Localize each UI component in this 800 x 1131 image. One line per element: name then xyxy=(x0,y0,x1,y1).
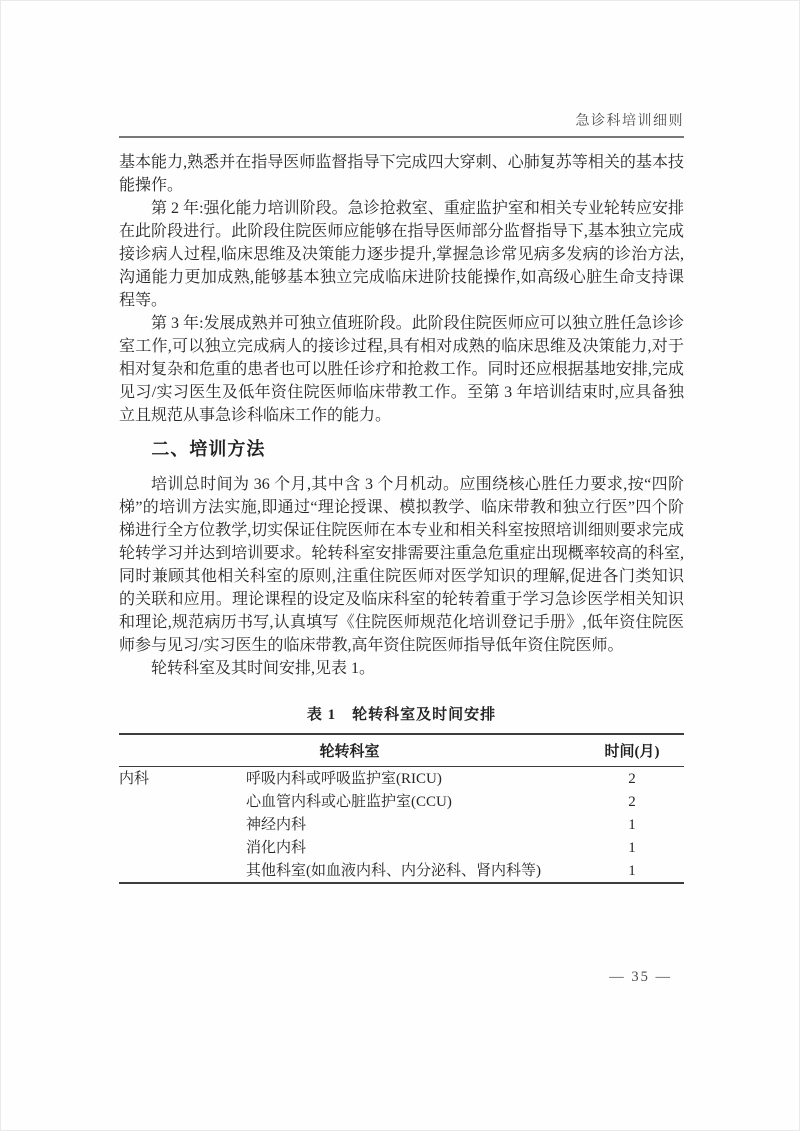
months-cell: 1 xyxy=(580,859,684,883)
dept-cell: 消化内科 xyxy=(246,836,580,859)
running-title: 急诊科培训细则 xyxy=(576,114,685,129)
dept-cell: 其他科室(如血液内科、内分泌科、肾内科等) xyxy=(246,859,580,883)
table-row: 内科 呼吸内科或呼吸监护室(RICU) 2 xyxy=(119,767,684,791)
months-cell: 2 xyxy=(580,790,684,813)
column-header-rotation-dept: 轮转科室 xyxy=(119,734,580,767)
section-heading: 二、培训方法 xyxy=(119,438,684,461)
page-number: — 35 — xyxy=(609,969,672,986)
months-cell: 1 xyxy=(580,836,684,859)
running-head: 急诊科培训细则 xyxy=(119,113,684,131)
paragraph-year3: 第 3 年:发展成熟并可独立值班阶段。此阶段住院医师应可以独立胜任急诊诊室工作,… xyxy=(119,312,684,427)
column-header-time-months: 时间(月) xyxy=(580,734,684,767)
table-body: 内科 呼吸内科或呼吸监护室(RICU) 2 心血管内科或心脏监护室(CCU) 2… xyxy=(119,767,684,884)
paragraph-table-reference: 轮转科室及其时间安排,见表 1。 xyxy=(119,657,684,680)
paragraph-year2: 第 2 年:强化能力培训阶段。急诊抢救室、重症监护室和相关专业轮转应安排在此阶段… xyxy=(119,197,684,312)
dept-cell: 呼吸内科或呼吸监护室(RICU) xyxy=(246,767,580,791)
document-page: 急诊科培训细则 基本能力,熟悉并在指导医师监督指导下完成四大穿刺、心肺复苏等相关… xyxy=(0,0,800,1131)
rotation-schedule-table: 轮转科室 时间(月) 内科 呼吸内科或呼吸监护室(RICU) 2 心血管内科或心… xyxy=(119,733,684,884)
dept-cell: 心血管内科或心脏监护室(CCU) xyxy=(246,790,580,813)
category-cell-internal-medicine: 内科 xyxy=(119,767,246,884)
table-title: 表 1 轮转科室及时间安排 xyxy=(119,703,684,724)
months-cell: 1 xyxy=(580,813,684,836)
header-rule xyxy=(119,136,684,138)
dept-cell: 神经内科 xyxy=(246,813,580,836)
page-content: 急诊科培训细则 基本能力,熟悉并在指导医师监督指导下完成四大穿刺、心肺复苏等相关… xyxy=(119,113,684,884)
table-header: 轮转科室 时间(月) xyxy=(119,734,684,767)
months-cell: 2 xyxy=(580,767,684,791)
table-header-row: 轮转科室 时间(月) xyxy=(119,734,684,767)
body-text: 基本能力,熟悉并在指导医师监督指导下完成四大穿刺、心肺复苏等相关的基本技能操作。… xyxy=(119,151,684,680)
paragraph-continuation: 基本能力,熟悉并在指导医师监督指导下完成四大穿刺、心肺复苏等相关的基本技能操作。 xyxy=(119,151,684,197)
paragraph-training-method: 培训总时间为 36 个月,其中含 3 个月机动。应围绕核心胜任力要求,按“四阶梯… xyxy=(119,473,684,657)
